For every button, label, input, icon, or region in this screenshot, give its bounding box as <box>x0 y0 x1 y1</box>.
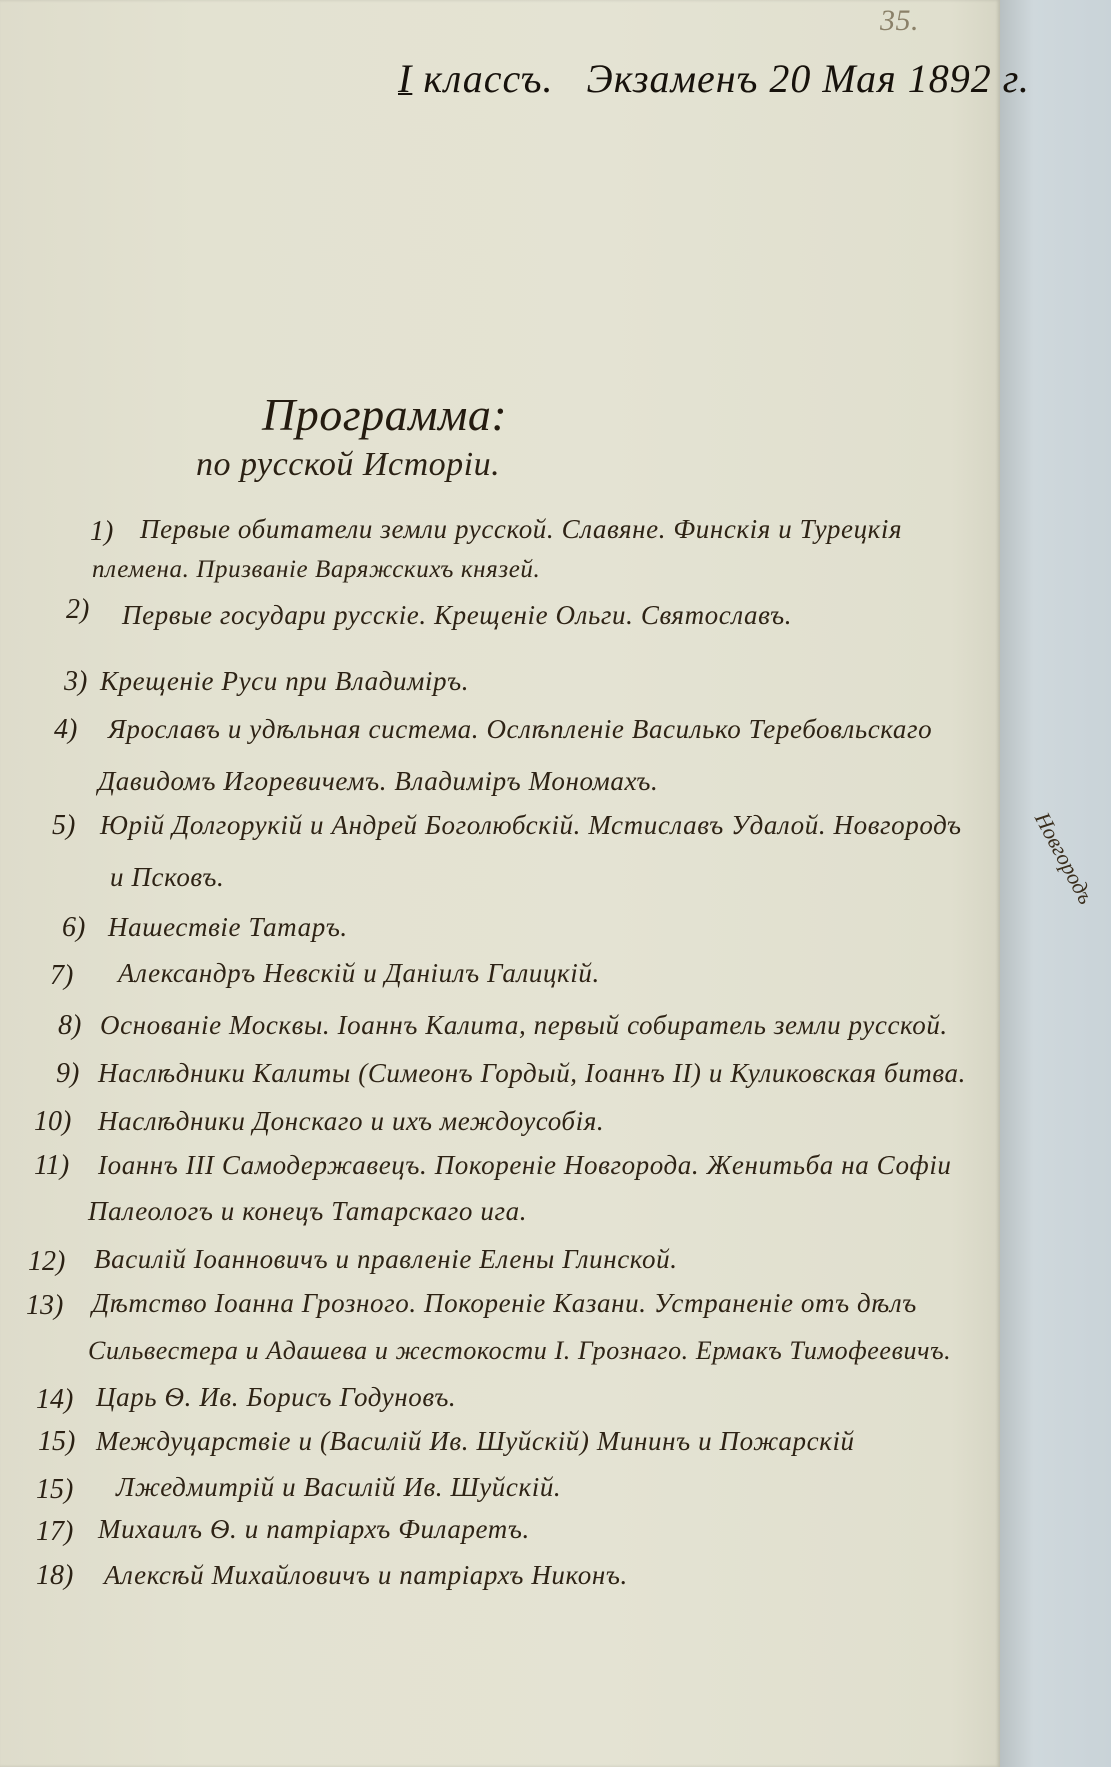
item-line: Сильвестера и Адашева и жестокости І. Гр… <box>88 1336 951 1366</box>
item-line: Наслѣдники Калиты (Симеонъ Гордый, Іоанн… <box>98 1058 966 1089</box>
item-number: 14) <box>36 1384 73 1416</box>
item-line: Нашествіе Татаръ. <box>108 912 348 943</box>
item-line: Палеологъ и конецъ Татарскаго ига. <box>88 1196 527 1227</box>
item-line: Давидомъ Игоревичемъ. Владиміръ Мономахъ… <box>98 766 658 797</box>
item-number: 15) <box>36 1474 73 1506</box>
item-number: 5) <box>52 810 75 842</box>
item-line: и Псковъ. <box>110 862 224 893</box>
folio-number: 35. <box>880 4 919 38</box>
item-line: Междуцарствіе и (Василій Ив. Шуйскій) Ми… <box>96 1426 855 1457</box>
item-line: Алексѣй Михайловичъ и патріархъ Никонъ. <box>104 1560 628 1591</box>
item-number: 11) <box>34 1150 69 1182</box>
exam-label: Экзаменъ <box>587 56 759 101</box>
page-header: I классъ. Экзаменъ 20 Мая 1892 г. <box>398 55 1030 102</box>
page-subtitle: по русской Исторіи. <box>196 446 500 484</box>
exam-date: 20 Мая 1892 г. <box>769 56 1029 101</box>
item-line: Дѣтство Іоанна Грозного. Покореніе Казан… <box>92 1288 917 1319</box>
item-number: 1) <box>90 516 113 548</box>
item-line: племена. Призваніе Варяжскихъ князей. <box>92 556 540 584</box>
item-line: Александръ Невскій и Даніилъ Галицкій. <box>118 958 600 989</box>
scan-background-strip <box>1000 0 1111 1767</box>
item-number: 17) <box>36 1516 73 1548</box>
item-number: 8) <box>58 1010 81 1042</box>
item-line: Юрій Долгорукій и Андрей Боголюбскій. Мс… <box>100 810 962 841</box>
item-number: 2) <box>66 594 89 626</box>
item-line: Василій Іоанновичъ и правленіе Елены Гли… <box>94 1244 678 1275</box>
item-line: Первые государи русскіе. Крещеніе Ольги.… <box>122 600 792 631</box>
item-line: Крещеніе Руси при Владиміръ. <box>100 666 469 697</box>
item-number: 7) <box>50 960 73 992</box>
item-number: 6) <box>62 912 85 944</box>
item-line: Іоаннъ III Самодержавецъ. Покореніе Новг… <box>98 1150 952 1181</box>
item-line: Михаилъ Ѳ. и патріархъ Филаретъ. <box>98 1514 530 1545</box>
item-number: 9) <box>56 1058 79 1090</box>
item-line: Царь Ѳ. Ив. Борисъ Годуновъ. <box>96 1382 456 1413</box>
item-number: 3) <box>64 666 87 698</box>
item-number: 13) <box>26 1290 63 1322</box>
item-line: Основаніе Москвы. Іоаннъ Калита, первый … <box>100 1010 948 1041</box>
item-number: 18) <box>36 1560 73 1592</box>
item-line: Наслѣдники Донскаго и ихъ междоусобія. <box>98 1106 604 1137</box>
item-line: Лжедмитрій и Василій Ив. Шуйскій. <box>116 1472 561 1503</box>
class-word: классъ. <box>423 56 553 101</box>
item-number: 4) <box>54 714 77 746</box>
item-number: 12) <box>28 1246 65 1278</box>
item-number: 10) <box>34 1106 71 1138</box>
page-title: Программа: <box>262 388 507 441</box>
item-line: Ярославъ и удѣльная система. Ослѣпленіе … <box>108 714 932 745</box>
item-number: 15) <box>38 1426 75 1458</box>
item-line: Первые обитатели земли русской. Славяне.… <box>140 514 902 545</box>
class-numeral: I <box>398 56 412 101</box>
